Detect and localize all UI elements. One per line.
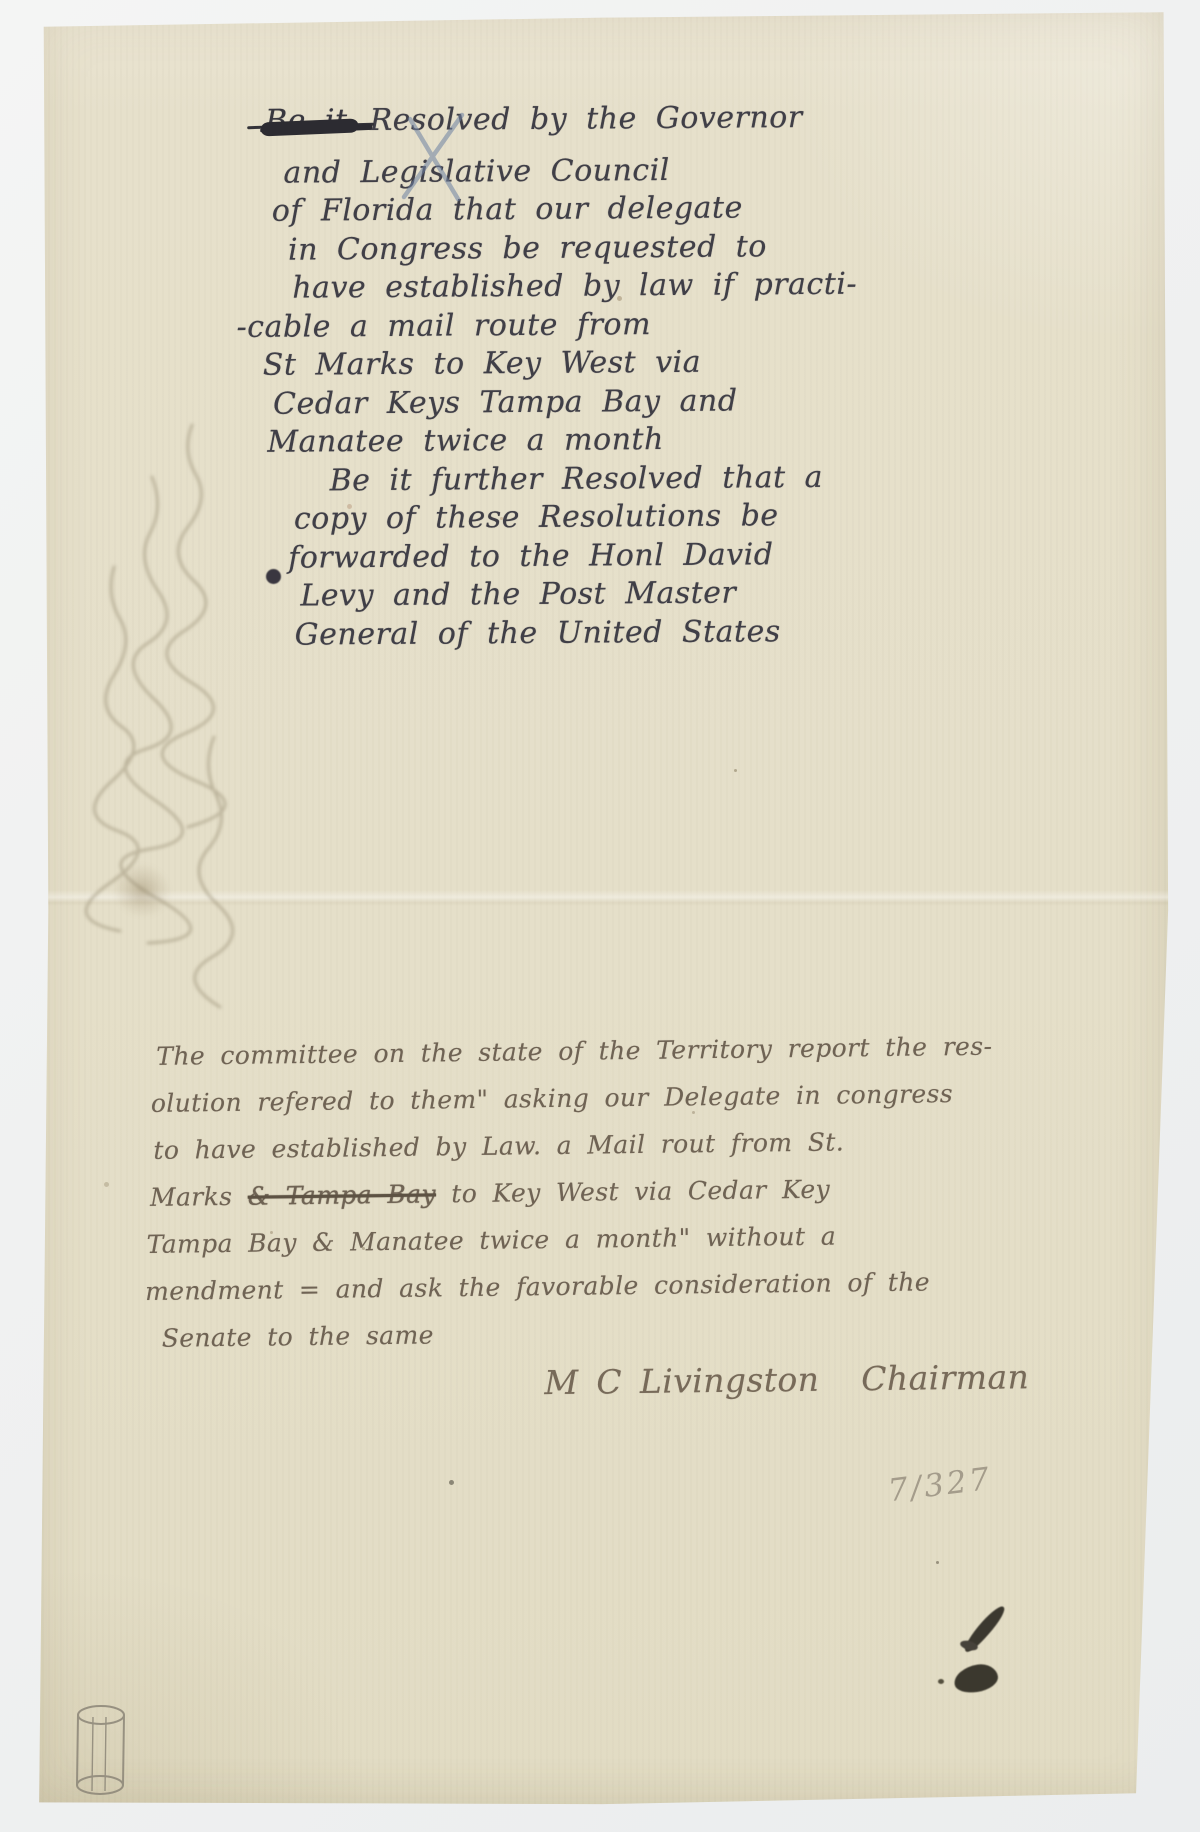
report-line: Senate to the same	[161, 1304, 1046, 1362]
resolution-line: Be it further Resolved that a	[330, 457, 1048, 501]
bleedthrough-writing	[74, 417, 234, 1085]
ink-blot	[938, 1679, 944, 1684]
resolution-line: in Congress be requested to	[288, 226, 1046, 270]
ink-dot	[266, 569, 281, 584]
pencil-cylinder-sketch	[74, 1703, 128, 1798]
signature: M C Livingston	[544, 1356, 820, 1406]
resolution-line: Be it Resolved by the Governor	[265, 97, 1045, 141]
pencil-page-number: 7/327	[886, 1461, 994, 1509]
struck-route-text: & Tampa Bay	[248, 1179, 437, 1210]
ink-blot	[952, 1662, 1000, 1696]
resolution-line: have established by law if practi-	[292, 264, 1046, 308]
resolution-line: Cedar Keys Tampa Bay and	[273, 380, 1047, 424]
resolution-line: Manatee twice a month	[267, 418, 1047, 462]
resolution-line: -cable a mail route from	[236, 303, 1046, 347]
resolution-line: Levy and the Post Master	[300, 572, 1048, 616]
resolution-line: forwarded to the Honl David	[288, 534, 1048, 578]
struck-out-word: Be it	[265, 102, 348, 141]
paper-speckles	[30, 5, 33, 8]
report-line-text: to Key West via Cedar Key	[436, 1175, 830, 1209]
x-mark	[396, 105, 472, 205]
resolution-line: of Florida that our delegate	[272, 187, 1046, 231]
resolution-line: General of the United States	[295, 611, 1049, 655]
scan-background: Be it Resolved by the Governor and Legis…	[0, 0, 1200, 1832]
report-line-text: Marks	[150, 1182, 248, 1212]
signature-title: Chairman	[861, 1353, 1029, 1402]
committee-report-text: The committee on the state of the Territ…	[142, 1022, 1047, 1411]
resolution-line: copy of these Resolutions be	[294, 495, 1048, 539]
resolution-line: St Marks to Key West via	[263, 341, 1047, 385]
resolution-text: Be it Resolved by the Governor and Legis…	[235, 97, 1049, 655]
signature-row: M C Livingston Chairman	[146, 1353, 1047, 1411]
manuscript-page: Be it Resolved by the Governor and Legis…	[30, 5, 1175, 1815]
